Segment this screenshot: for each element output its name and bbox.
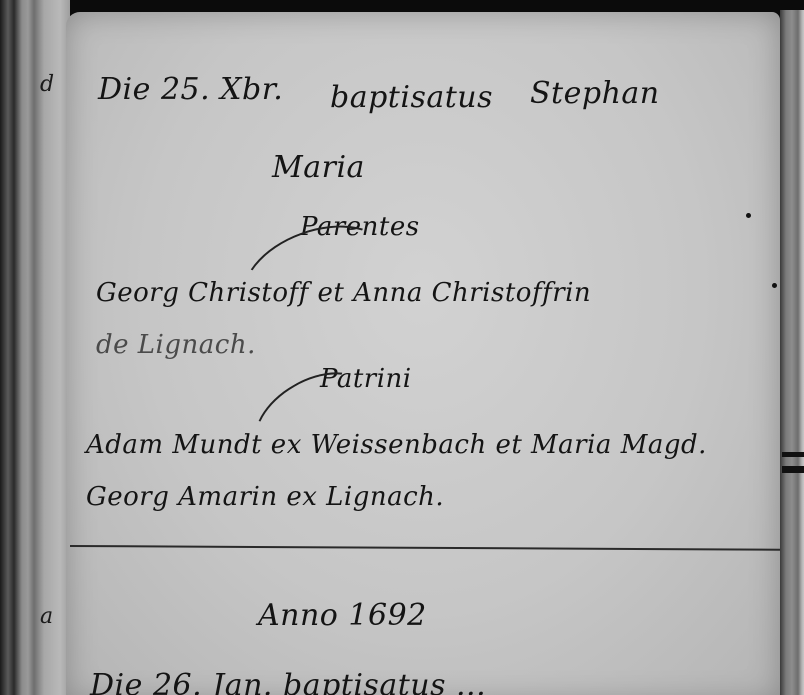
margin-mark: d bbox=[40, 72, 54, 97]
year-heading: Anno 1692 bbox=[258, 598, 427, 633]
right-page-gutter bbox=[780, 10, 804, 695]
next-entry-start: Die 26. Jan. baptisatus ... bbox=[90, 668, 486, 695]
left-page-edge bbox=[0, 0, 70, 695]
ink-dot bbox=[746, 213, 751, 218]
entry-role: baptisatus bbox=[330, 80, 493, 115]
gutter-mark bbox=[782, 466, 804, 473]
child-name: Maria bbox=[272, 150, 365, 185]
godparents-line-2: Georg Amarin ex Lignach. bbox=[86, 482, 444, 512]
entry-date: Die 25. Xbr. bbox=[98, 72, 283, 107]
parents-origin: de Lignach. bbox=[96, 330, 256, 360]
gutter-mark bbox=[782, 452, 804, 457]
ink-dot bbox=[772, 283, 777, 288]
entry-officiant: Stephan bbox=[530, 76, 660, 111]
margin-mark: a bbox=[40, 604, 53, 629]
godparents-line-1: Adam Mundt ex Weissenbach et Maria Magd. bbox=[86, 430, 707, 460]
